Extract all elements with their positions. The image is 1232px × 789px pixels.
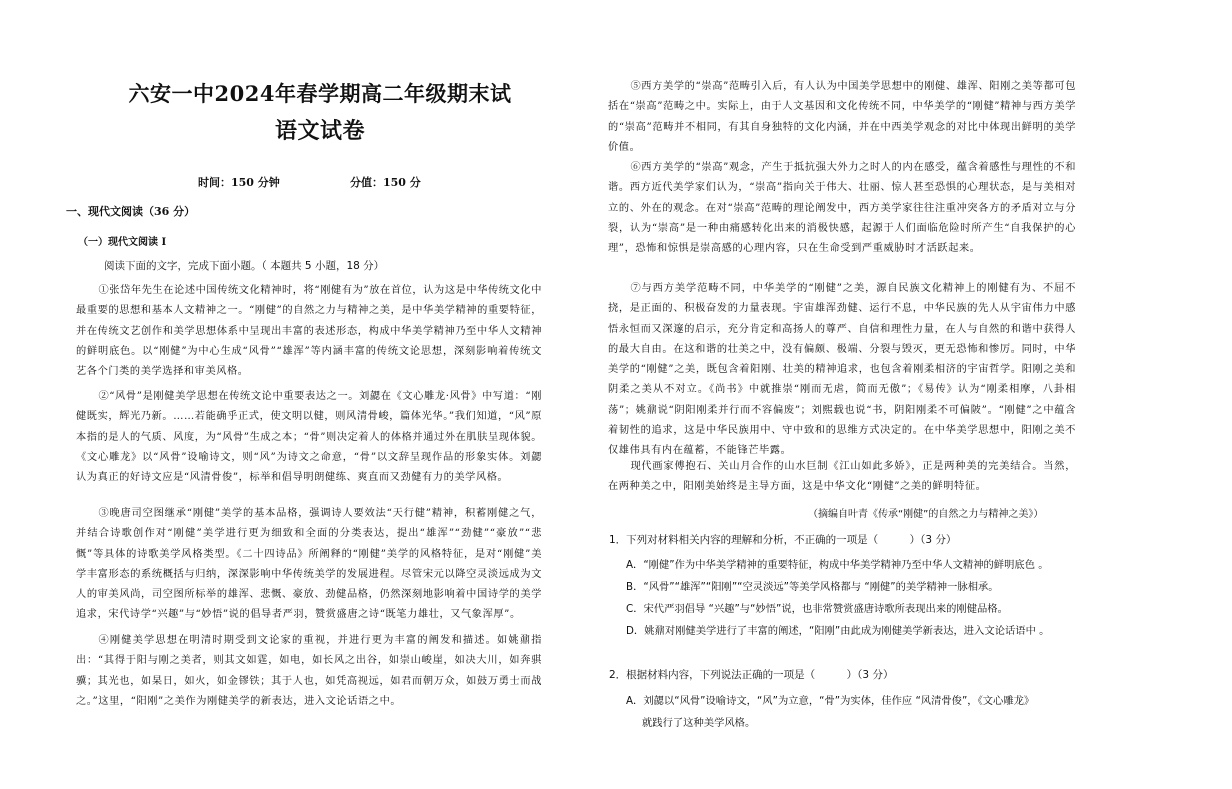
passage-source: （摘编自叶青《传承“刚健”的自然之力与精神之美》） <box>808 505 1043 520</box>
passage-paragraph-6: ⑥西方美学的“崇高”观念，产生于抵抗强大外力之时人的内在感受，蕴含着感性与理性的… <box>608 158 1076 259</box>
question-2-option-a-continued: 就践行了这种美学风格。 <box>626 712 1086 734</box>
reading-instruction: 阅读下面的文字，完成下面小题。（ 本题共 5 小题，18 分） <box>104 258 384 273</box>
exam-subject-title: 语文试卷 <box>60 114 580 145</box>
passage-paragraph-4: ④刚健美学思想在明清时期受到文论家的重视，并进行更为丰富的阐发和描述。如姚鼐指出… <box>76 631 542 712</box>
passage-paragraph-3: ③晚唐司空图继承“刚健”美学的基本品格，强调诗人要效法“天行健”精神，积蓄刚健之… <box>76 504 542 626</box>
passage-paragraph-7: ⑦与西方美学范畴不同，中华美学的“刚健”之美，源自民族文化精神上的刚健有为、不屈… <box>608 279 1076 462</box>
question-1-stem: 1．下列对材料相关内容的理解和分析，不正确的一项是（ ）（3 分） <box>609 532 956 547</box>
question-1-options: A．“刚健”作为中华美学精神的重要特征，构成中华美学精神乃至中华人文精神的鲜明底… <box>626 554 1086 642</box>
question-1-option-b[interactable]: B．“风骨”“雄浑”“阳刚”“空灵淡远”等美学风格都与 “刚健”的美学精神一脉相… <box>626 576 1086 598</box>
question-2-options: A．刘勰以“风骨”设喻诗文，“风”为立意，“骨”为实体，佳作应 “风清骨俊”，《… <box>626 690 1086 734</box>
subsection-heading: （一）现代文阅读 Ⅰ <box>78 233 166 248</box>
section-heading: 一、现代文阅读（36 分） <box>66 203 195 219</box>
passage-paragraph-8: 现代画家傅抱石、关山月合作的山水巨制《江山如此多娇》，正是两种美的完美结合。当然… <box>608 457 1076 498</box>
question-1-option-c[interactable]: C．宋代严羽倡导 “兴趣”与“妙悟”说，也非常赞赏盛唐诗歌所表现出来的刚健品格。 <box>626 598 1086 620</box>
passage-paragraph-5: ⑤西方美学的“崇高”范畴引入后，有人认为中国美学思想中的刚健、雄浑、阳刚之美等都… <box>608 77 1076 158</box>
question-1-option-d[interactable]: D．姚鼐对刚健美学进行了丰富的阐述，“阳刚”由此成为刚健美学新表达，进入文论话语… <box>626 620 1086 642</box>
exam-title: 六安一中2024年春学期高二年级期末试 <box>60 78 580 108</box>
passage-paragraph-1: ①张岱年先生在论述中国传统文化精神时，将“刚健有为”放在首位，认为这是中华传统文… <box>76 281 542 382</box>
exam-time: 时间：150 分钟 <box>198 174 280 190</box>
question-1-option-a[interactable]: A．“刚健”作为中华美学精神的重要特征，构成中华美学精神乃至中华人文精神的鲜明底… <box>626 554 1086 576</box>
exam-score: 分值：150 分 <box>350 174 421 190</box>
passage-paragraph-2: ②“风骨”是刚健美学思想在传统文论中重要表达之一。刘勰在《文心雕龙·风骨》中写道… <box>76 387 542 488</box>
question-2-option-a[interactable]: A．刘勰以“风骨”设喻诗文，“风”为立意，“骨”为实体，佳作应 “风清骨俊”，《… <box>626 690 1086 712</box>
question-2-stem: 2．根据材料内容，下列说法正确的一项是（ ）（3 分） <box>609 667 893 682</box>
